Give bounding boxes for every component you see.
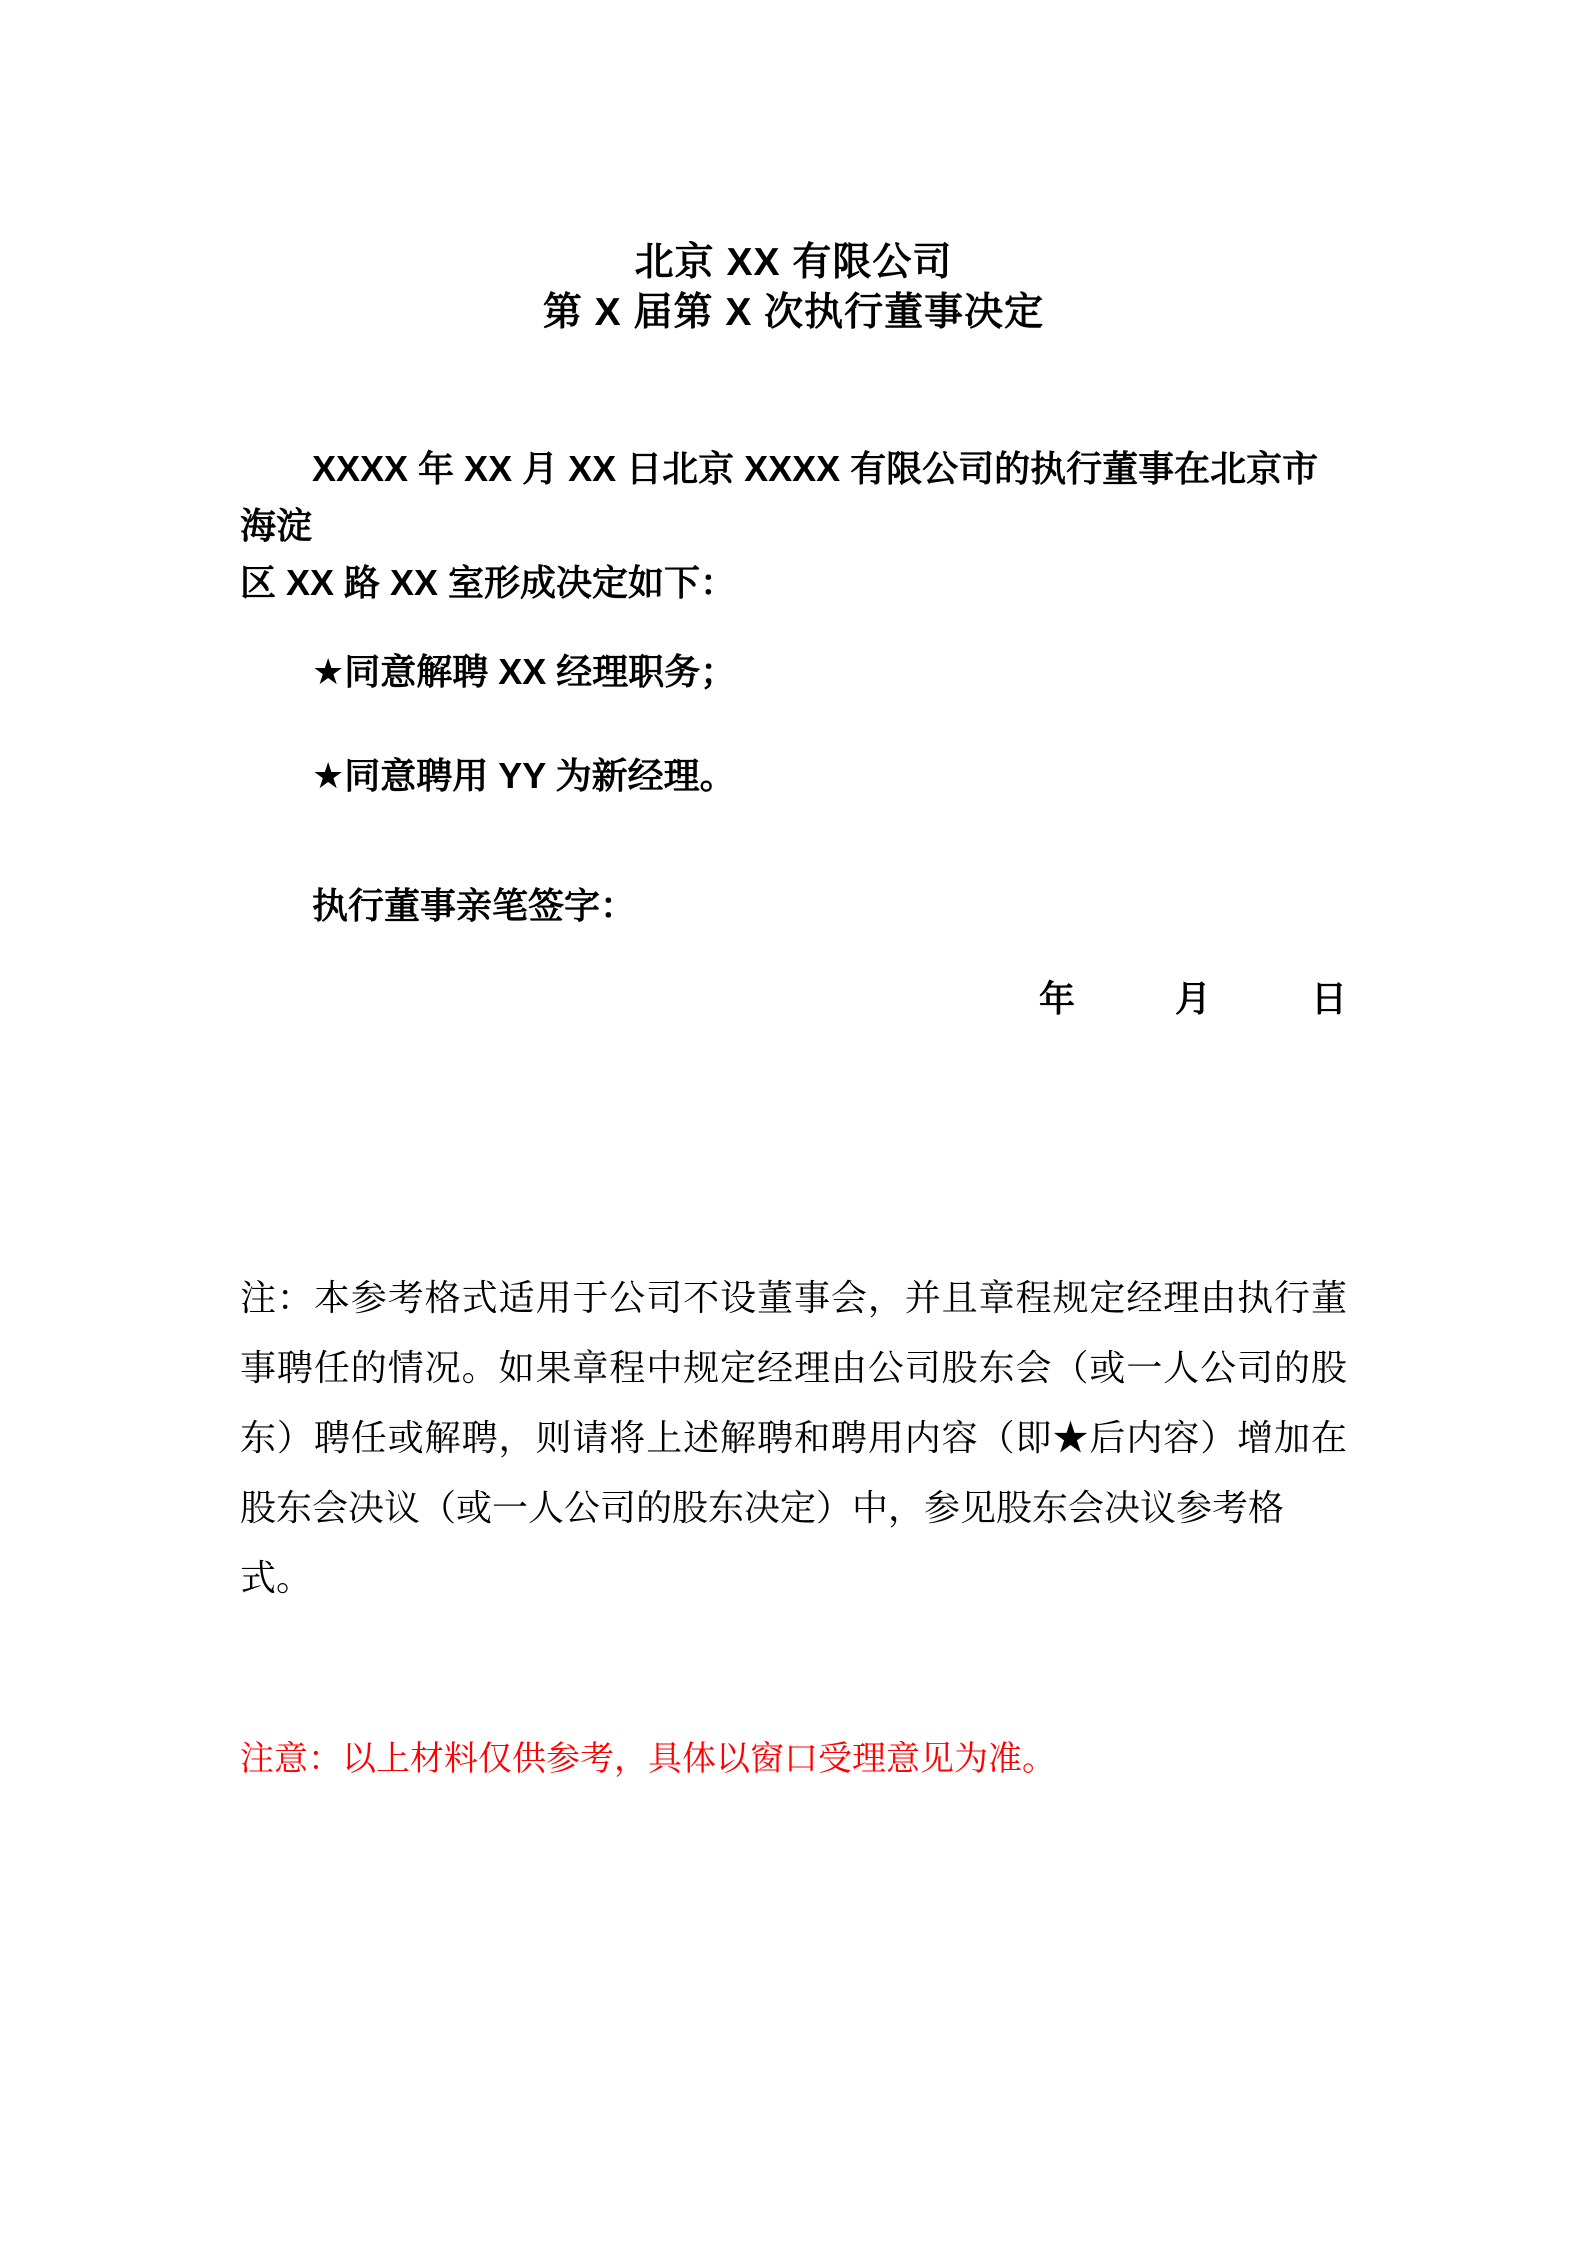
intro-paragraph: XXXX 年 XX 月 XX 日北京 XXXX 有限公司的执行董事在北京市海淀 …: [240, 440, 1347, 611]
date-month-label: 月: [1175, 970, 1211, 1027]
note-line: 事聘任的情况。如果章程中规定经理由公司股东会（或一人公司的股: [240, 1333, 1347, 1403]
intro-line2: 区 XX 路 XX 室形成决定如下：: [240, 554, 1347, 611]
document-title-line2: 第 X 届第 X 次执行董事决定: [240, 288, 1347, 338]
bullet-hire-manager: ★同意聘用 YY 为新经理。: [240, 747, 1347, 804]
document-page: 北京 XX 有限公司 第 X 届第 X 次执行董事决定 XXXX 年 XX 月 …: [0, 0, 1587, 2245]
intro-line1: XXXX 年 XX 月 XX 日北京 XXXX 有限公司的执行董事在北京市海淀: [240, 440, 1347, 554]
bullet-dismiss-manager: ★同意解聘 XX 经理职务；: [240, 643, 1347, 700]
note-line: 东）聘任或解聘，则请将上述解聘和聘用内容（即★后内容）增加在: [240, 1403, 1347, 1473]
note-paragraph: 注：本参考格式适用于公司不设董事会，并且章程规定经理由执行董 事聘任的情况。如果…: [240, 1263, 1347, 1613]
document-title: 北京 XX 有限公司 第 X 届第 X 次执行董事决定: [240, 238, 1347, 338]
warning-text: 注意：以上材料仅供参考，具体以窗口受理意见为准。: [240, 1735, 1347, 1785]
date-year-label: 年: [1039, 970, 1075, 1027]
date-day-label: 日: [1311, 970, 1347, 1027]
note-line: 注：本参考格式适用于公司不设董事会，并且章程规定经理由执行董: [240, 1263, 1347, 1333]
signature-label: 执行董事亲笔签字：: [240, 877, 1347, 934]
date-line: 年 月 日: [240, 970, 1347, 1027]
document-title-line1: 北京 XX 有限公司: [240, 238, 1347, 288]
note-line: 股东会决议（或一人公司的股东决定）中，参见股东会决议参考格式。: [240, 1473, 1347, 1613]
